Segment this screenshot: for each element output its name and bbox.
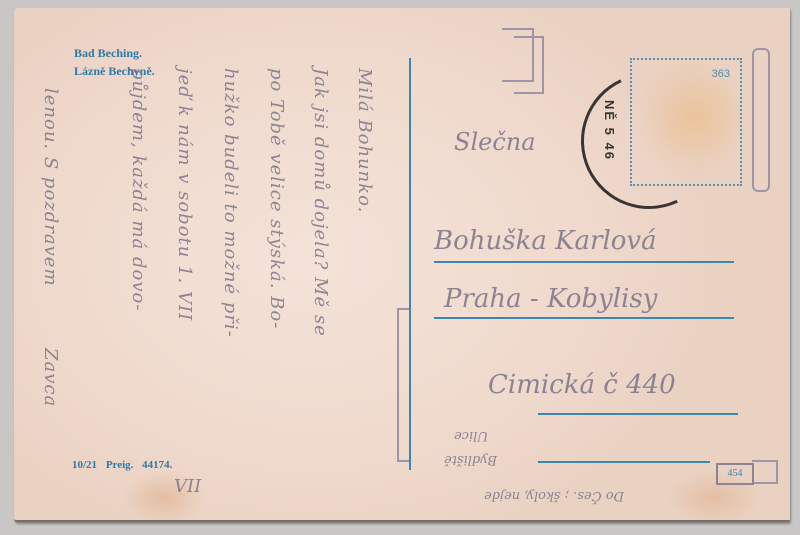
upside-note-2: Bydliště	[444, 452, 497, 467]
message-line-1: Milá Bohunko.	[354, 68, 375, 213]
address-street: Cimická č 440	[488, 370, 676, 400]
address-line-1	[434, 261, 734, 263]
postcard-back: Bad Beching. Lázně Bechyně. 10/21 Preig.…	[14, 8, 790, 522]
pencil-scribble-divider	[397, 308, 409, 462]
imprint-german: Bad Beching.	[74, 46, 142, 61]
publisher-number: 44174.	[142, 459, 172, 471]
pencil-scribble-bottom	[752, 460, 778, 484]
center-divider	[409, 58, 411, 470]
postmark-text: NĚ 5 46	[602, 100, 617, 161]
upside-note-3: Do Čes. ; školy, nejde	[484, 488, 624, 503]
message-line-4: hužko budeli to možné při-	[220, 68, 241, 338]
address-salutation: Slečna	[454, 128, 536, 156]
box-number: 454	[716, 463, 754, 485]
message-line-7: lenou. S pozdravem	[40, 88, 61, 287]
message-line-3: po Tobě velice stýská. Bo-	[266, 68, 287, 329]
publisher-code: 10/21	[72, 459, 97, 471]
address-line-4	[538, 461, 710, 463]
address-line-2	[434, 317, 734, 319]
message-line-2: Jak jsi domů dojela? Mě se	[310, 68, 331, 337]
address-line-3	[538, 413, 738, 415]
address-city: Praha - Kobylisy	[444, 284, 657, 314]
publisher-line: 10/21 Preig. 44174.	[72, 459, 178, 471]
bottom-mark: VII	[174, 476, 201, 497]
message-line-5: jeď k nám v sobotu 1. VII	[174, 68, 195, 321]
upside-note-1: Ulice	[454, 428, 488, 443]
address-name: Bohuška Karlová	[434, 226, 657, 256]
signature: Zavca	[40, 348, 61, 407]
pencil-scribble-right	[752, 48, 770, 192]
publisher-label: Preig.	[106, 459, 134, 471]
message-line-6: půjdem, každá má dovo-	[128, 68, 149, 311]
stamp-number: 363	[712, 68, 730, 80]
pencil-scribble-top-2	[514, 36, 544, 94]
